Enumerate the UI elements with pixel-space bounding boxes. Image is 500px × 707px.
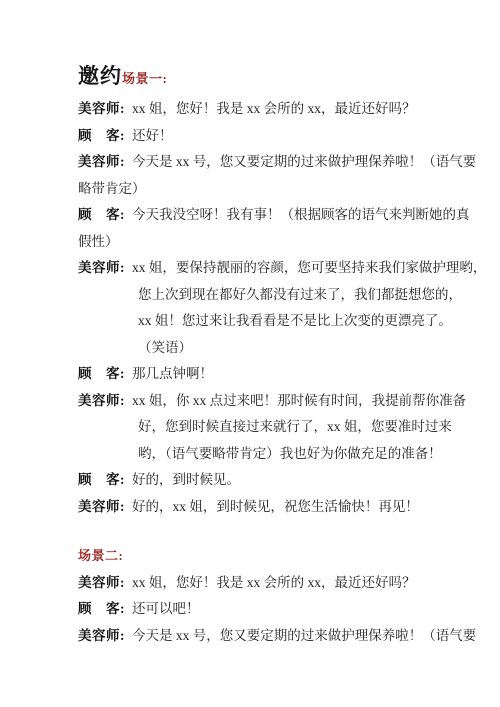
speaker-label: 顾 客: bbox=[78, 128, 125, 143]
speaker-label: 顾 客: bbox=[78, 601, 125, 616]
speaker-label: 美容师: bbox=[78, 393, 125, 408]
dialog-line: 美容师:xx 姐，要保持靓丽的容颜，您可要坚持来我们家做护理哟， bbox=[78, 255, 454, 282]
dialog-line: 美容师:xx 姐，您好！我是 xx 会所的 xx，最近还好吗？ bbox=[78, 96, 454, 123]
dialog-line: 顾 客:那几点钟啊！ bbox=[78, 361, 454, 388]
line-text: 今天我没空呀！我有事！（根据顾客的语气来判断她的真 bbox=[132, 207, 470, 222]
dialog-line: 美容师:今天是 xx 号，您又要定期的过来做护理保养啦！（语气要 bbox=[78, 149, 454, 176]
line-text: xx 姐，你 xx 点过来吧！那时候有时间，我提前帮你准备 bbox=[132, 393, 466, 408]
dialog-line: 美容师:xx 姐，你 xx 点过来吧！那时候有时间，我提前帮你准备 bbox=[78, 388, 454, 415]
dialog-lines: 美容师:xx 姐，您好！我是 xx 会所的 xx，最近还好吗？顾 客:还好！美容… bbox=[78, 96, 454, 649]
dialog-line: 哟，（语气要略带肯定）我也好为你做充足的准备！ bbox=[138, 441, 454, 468]
dialog-line: 顾 客:今天我没空呀！我有事！（根据顾客的语气来判断她的真 bbox=[78, 202, 454, 229]
line-text: 那几点钟啊！ bbox=[132, 366, 213, 381]
dialog-line: 顾 客:还好！ bbox=[78, 123, 454, 150]
speaker-label: 美容师: bbox=[78, 499, 125, 514]
speaker-label: 美容师: bbox=[78, 154, 125, 169]
speaker-label: 顾 客: bbox=[78, 472, 125, 487]
scene-one-label: 场景一: bbox=[122, 71, 167, 86]
dialog-line: （笑语） bbox=[138, 335, 454, 362]
line-text: 好的，到时候见。 bbox=[132, 472, 240, 487]
speaker-label: 顾 客: bbox=[78, 366, 125, 381]
dialog-line: 略带肯定） bbox=[78, 176, 454, 203]
line-text: 今天是 xx 号，您又要定期的过来做护理保养啦！（语气要 bbox=[132, 154, 476, 169]
dialog-line: xx 姐！您过来让我看看是不是比上次变的更漂亮了。 bbox=[138, 308, 454, 335]
dialog-line: 您上次到现在都好久都没有过来了，我们都挺想您的， bbox=[138, 282, 454, 309]
title-main: 邀约 bbox=[78, 64, 122, 88]
line-text: xx 姐，您好！我是 xx 会所的 xx，最近还好吗？ bbox=[132, 575, 416, 590]
line-text: 哟，（语气要略带肯定）我也好为你做充足的准备！ bbox=[138, 446, 442, 461]
dialog-line: 假性） bbox=[78, 229, 454, 256]
dialog-line: 顾 客:好的，到时候见。 bbox=[78, 467, 454, 494]
dialog-line: 美容师:xx 姐，您好！我是 xx 会所的 xx，最近还好吗？ bbox=[78, 570, 454, 597]
line-text: xx 姐！您过来让我看看是不是比上次变的更漂亮了。 bbox=[138, 313, 452, 328]
line-text: 好的，xx 姐，到时候见，祝您生活愉快！再见！ bbox=[132, 499, 419, 514]
line-text: 还可以吧！ bbox=[132, 601, 200, 616]
dialog-line: 好，您到时候直接过来就行了，xx 姐，您要准时过来 bbox=[138, 414, 454, 441]
scene-heading: 场景二: bbox=[78, 543, 454, 570]
document-title: 邀约场景一: bbox=[78, 62, 454, 96]
line-text: 您上次到现在都好久都没有过来了，我们都挺想您的， bbox=[138, 287, 462, 302]
speaker-label: 美容师: bbox=[78, 260, 125, 275]
speaker-label: 顾 客: bbox=[78, 207, 125, 222]
line-text: （笑语） bbox=[138, 340, 192, 355]
dialog-line: 美容师:好的，xx 姐，到时候见，祝您生活愉快！再见！ bbox=[78, 494, 454, 521]
line-text: 今天是 xx 号，您又要定期的过来做护理保养啦！（语气要 bbox=[132, 628, 476, 643]
speaker-label: 美容师: bbox=[78, 101, 125, 116]
document-page: 邀约场景一: 美容师:xx 姐，您好！我是 xx 会所的 xx，最近还好吗？顾 … bbox=[0, 0, 500, 707]
line-text: 略带肯定） bbox=[78, 181, 146, 196]
speaker-label: 美容师: bbox=[78, 575, 125, 590]
line-text: 假性） bbox=[78, 234, 119, 249]
dialog-line: 顾 客:还可以吧！ bbox=[78, 596, 454, 623]
dialog-line: 美容师:今天是 xx 号，您又要定期的过来做护理保养啦！（语气要 bbox=[78, 623, 454, 650]
line-text: 好，您到时候直接过来就行了，xx 姐，您要准时过来 bbox=[138, 419, 452, 434]
line-text: 还好！ bbox=[132, 128, 173, 143]
line-text: xx 姐，要保持靓丽的容颜，您可要坚持来我们家做护理哟， bbox=[132, 260, 486, 275]
line-text: xx 姐，您好！我是 xx 会所的 xx，最近还好吗？ bbox=[132, 101, 416, 116]
speaker-label: 美容师: bbox=[78, 628, 125, 643]
